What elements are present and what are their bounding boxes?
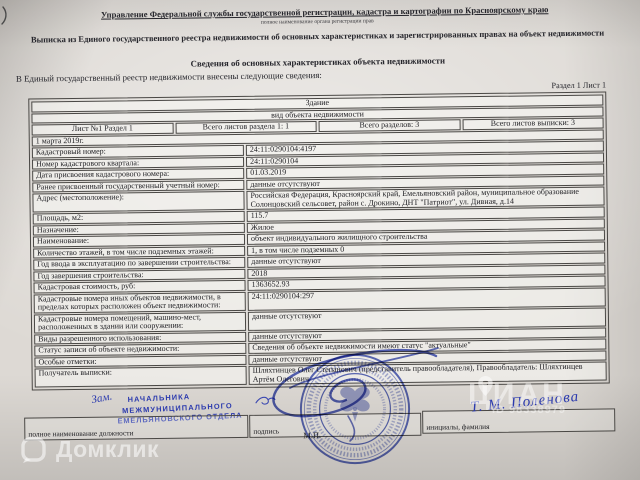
attribute-label: Получатель выписки:	[35, 366, 247, 388]
domclick-watermark: Домклик	[20, 436, 159, 463]
attribute-label: Кадастровые номера иных объектов недвижи…	[34, 291, 246, 313]
cian-watermark: ЦИАН ID 98338979	[462, 378, 622, 416]
sheet-info-cell: Всего листов раздела 1: 1	[175, 121, 317, 133]
cian-id-text: ID 98338979	[492, 404, 622, 416]
sheet-info-cell: Всего листов выписки: 3	[462, 118, 604, 130]
sheet-info-cell: Лист №1 Раздел 1	[32, 123, 174, 135]
domclick-watermark-text: Домклик	[56, 436, 159, 463]
intro-text: В Единый государственный реестр недвижим…	[16, 70, 322, 84]
sheet-info-cell: Всего разделов: 3	[319, 119, 461, 131]
section-page-label: Раздел 1 Лист 1	[551, 80, 606, 90]
domclick-logo-icon	[20, 436, 47, 463]
document-photo: Управление Федеральной службы государств…	[0, 0, 640, 480]
attribute-label: Адрес (местоположение):	[32, 191, 244, 213]
document-title: Выписка из Единого государственного реес…	[25, 27, 609, 44]
cian-pin-icon	[478, 376, 493, 396]
handwritten-signature-icon	[250, 336, 450, 446]
section-title: Сведения об основных характеристиках объ…	[0, 53, 638, 71]
attribute-label: Кадастровые номера помещений, машино-мес…	[34, 311, 246, 333]
handwritten-prefix: Зам.	[91, 391, 113, 405]
